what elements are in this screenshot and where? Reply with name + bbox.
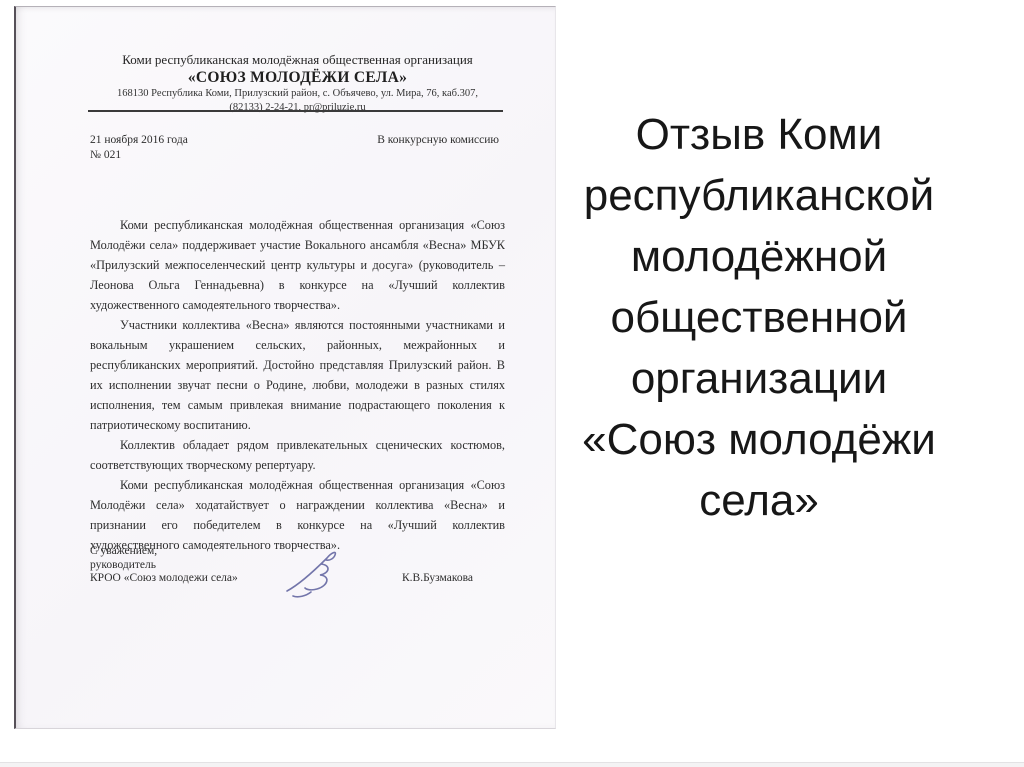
slide-footer-strip [0,762,1024,767]
letter-paragraph: Участники коллектива «Весна» являются по… [90,315,505,435]
slide-title-line: республиканской [558,165,960,226]
closing-text-block: С уважением, руководитель КРОО «Союз мол… [90,545,238,586]
slide-title-line: Отзыв Коми [558,104,960,165]
signature-ink-icon [280,545,352,605]
letter-closing: С уважением, руководитель КРОО «Союз мол… [90,545,505,615]
letterhead-address-line1: 168130 Республика Коми, Прилузский район… [76,88,519,100]
letterhead-divider [88,110,503,112]
letter-date-block: 21 ноября 2016 года № 021 [90,133,188,163]
slide-title-line: села» [558,470,960,531]
letter-paragraph: Коллектив обладает рядом привлекательных… [90,435,505,475]
closing-regards: С уважением, [90,545,238,559]
letter-meta-row: 21 ноября 2016 года № 021 В конкурсную к… [90,133,499,163]
slide-title: Отзыв Коми республиканской молодёжной об… [558,104,960,531]
scanned-letter-document: Коми республиканская молодёжная обществе… [14,6,556,729]
letter-number: № 021 [90,148,188,163]
letter-paragraph: Коми республиканская молодёжная обществе… [90,475,505,555]
signer-name: К.В.Бузмакова [402,572,473,586]
letter-recipient: В конкурсную комиссию [377,133,499,148]
presentation-slide: Коми республиканская молодёжная обществе… [0,0,1024,767]
slide-title-line: «Союз молодёжи [558,409,960,470]
slide-title-line: организации [558,348,960,409]
closing-position: руководитель [90,559,238,573]
letterhead-org-type: Коми республиканская молодёжная обществе… [76,53,519,68]
slide-title-line: общественной [558,287,960,348]
letter-body: Коми республиканская молодёжная обществе… [90,215,505,555]
letter-paragraph: Коми республиканская молодёжная обществе… [90,215,505,315]
slide-title-line: молодёжной [558,226,960,287]
letterhead-org-name: «СОЮЗ МОЛОДЁЖИ СЕЛА» [76,69,519,86]
letter-date: 21 ноября 2016 года [90,133,188,148]
closing-org: КРОО «Союз молодежи села» [90,572,238,586]
letterhead: Коми республиканская молодёжная обществе… [76,53,519,113]
